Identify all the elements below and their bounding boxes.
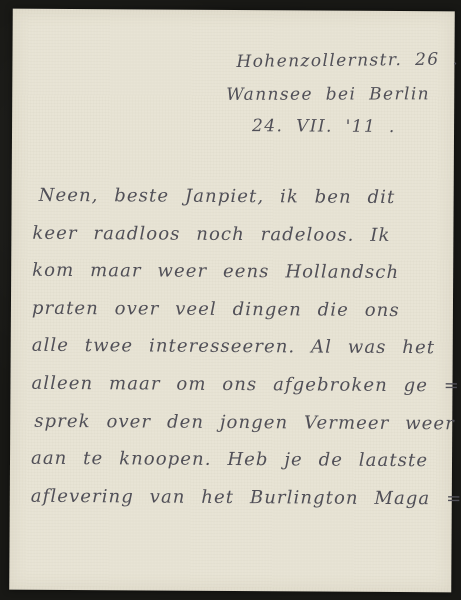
letter-date: 24. VII. '11 . xyxy=(252,116,396,137)
sender-address-line2: Wannsee bei Berlin xyxy=(226,84,430,105)
letter-line: keer raadloos noch radeloos. Ik xyxy=(32,214,444,254)
letter-line: praten over veel dingen die ons xyxy=(32,290,444,330)
sender-address-line1: Hohenzollernstr. 26 . xyxy=(236,49,459,72)
letter-body: Neen, beste Janpiet, ik ben dit keer raa… xyxy=(31,177,445,518)
letter-line: aan te knoopen. Heb je de laatste xyxy=(31,440,443,480)
letter-line: Neen, beste Janpiet, ik ben dit xyxy=(33,177,445,217)
letter-line: sprek over den jongen Vermeer weer xyxy=(31,402,443,442)
letter-paper: Hohenzollernstr. 26 . Wannsee bei Berlin… xyxy=(9,9,455,593)
letter-line: kom maar weer eens Hollandsch xyxy=(32,252,444,292)
letter-line: alle twee interesseeren. Al was het xyxy=(32,327,444,367)
letter-line: aflevering van het Burlington Maga = xyxy=(31,478,443,518)
photo-background: Hohenzollernstr. 26 . Wannsee bei Berlin… xyxy=(0,0,461,600)
letter-line: alleen maar om ons afgebroken ge = xyxy=(31,365,443,405)
